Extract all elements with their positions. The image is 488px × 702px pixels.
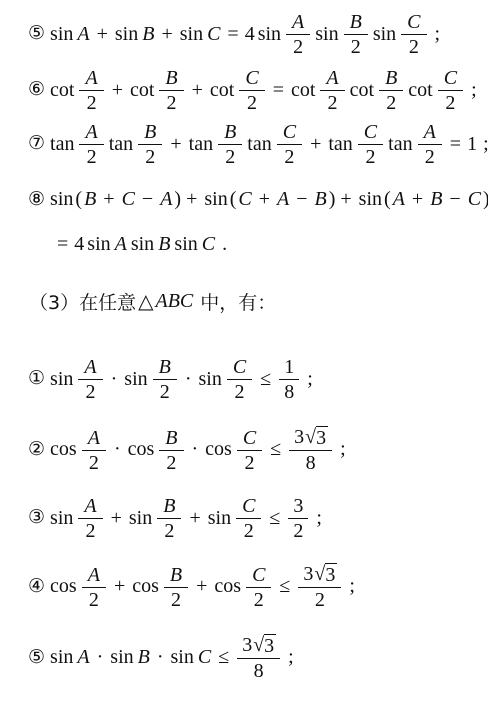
function-name: cos xyxy=(205,438,232,461)
variable: B xyxy=(170,564,182,586)
variable: C xyxy=(364,121,377,143)
number: 2 xyxy=(86,381,96,403)
number: 8 xyxy=(306,452,316,474)
triangle-icon: △ xyxy=(138,289,153,314)
expression: （3）在任意△ABC中，有： xyxy=(28,288,277,315)
operator: = xyxy=(450,133,461,156)
fraction-numerator: B xyxy=(159,66,183,91)
fraction-denominator: 8 xyxy=(249,659,269,682)
fraction: A2 xyxy=(78,494,102,542)
operator: + xyxy=(310,133,321,156)
variable: C xyxy=(202,233,215,256)
variable: ABC xyxy=(155,290,193,313)
punctuation: . xyxy=(222,233,227,256)
fraction-denominator: 2 xyxy=(161,451,181,474)
operator: · xyxy=(111,368,118,391)
fraction-numerator: 3√3 xyxy=(289,425,332,451)
expression: sinA+sinB+sinC=4sinA2sinB2sinC2; xyxy=(48,10,440,58)
circled-number-marker: ① xyxy=(28,367,45,389)
number: 2 xyxy=(164,520,174,542)
fraction-denominator: 2 xyxy=(239,519,259,542)
number: 2 xyxy=(293,520,303,542)
fraction-numerator: 3√3 xyxy=(237,633,280,659)
text: ( xyxy=(75,188,82,211)
function-name: cot xyxy=(50,79,74,102)
function-name: sin xyxy=(50,368,73,391)
number: 8 xyxy=(284,381,294,403)
function-name: cos xyxy=(50,575,77,598)
fraction: A2 xyxy=(79,66,103,114)
identity-7: ⑦tanA2tanB2+tanB2tanC2+tanC2tanA2=1; xyxy=(28,120,482,168)
operator: ≤ xyxy=(218,646,229,669)
fraction-denominator: 2 xyxy=(230,380,250,403)
fraction-numerator: C xyxy=(246,563,271,588)
fraction-numerator: B xyxy=(164,563,188,588)
fraction-numerator: B xyxy=(379,66,403,91)
fraction: A2 xyxy=(286,10,310,58)
fraction-denominator: 2 xyxy=(346,35,366,58)
function-name: cos xyxy=(132,575,159,598)
expression: sin(B+C−A)+sin(C+A−B)+sin(A+B−C) xyxy=(48,188,488,211)
fraction-denominator: 8 xyxy=(301,451,321,474)
variable: A xyxy=(77,23,89,46)
fraction-denominator: 2 xyxy=(155,380,175,403)
punctuation: ; xyxy=(483,133,488,156)
number: 2 xyxy=(445,92,455,114)
number: 2 xyxy=(145,146,155,168)
variable: C xyxy=(238,188,251,211)
variable: B xyxy=(142,23,154,46)
inequality-4: ④cosA2+cosB2+cosC2≤3√32; xyxy=(28,562,482,611)
text: ) xyxy=(174,188,181,211)
function-name: sin xyxy=(171,646,194,669)
square-root: √3 xyxy=(305,426,328,449)
fraction: A2 xyxy=(82,426,106,474)
fraction-numerator: A xyxy=(78,355,102,380)
number: 2 xyxy=(89,452,99,474)
operator: + xyxy=(259,188,270,211)
number: 2 xyxy=(89,589,99,611)
fraction: B2 xyxy=(157,494,181,542)
variable: C xyxy=(468,188,481,211)
variable: A xyxy=(277,188,289,211)
variable: A xyxy=(84,356,96,378)
expression: tanA2tanB2+tanB2tanC2+tanC2tanA2=1; xyxy=(48,120,488,168)
operator: + xyxy=(412,188,423,211)
fraction-numerator: A xyxy=(320,66,344,91)
fraction-denominator: 2 xyxy=(310,588,330,611)
expression: sinA2·sinB2·sinC2≤18; xyxy=(48,355,313,403)
variable: A xyxy=(85,121,97,143)
function-name: sin xyxy=(87,233,110,256)
variable: B xyxy=(159,356,171,378)
punctuation: ; xyxy=(288,646,294,669)
fraction: C2 xyxy=(237,426,262,474)
circled-number-marker: ② xyxy=(28,438,45,460)
variable: C xyxy=(233,356,246,378)
fraction: 3√32 xyxy=(298,562,341,611)
variable: B xyxy=(350,11,362,33)
function-name: sin xyxy=(131,233,154,256)
fraction-denominator: 2 xyxy=(323,91,343,114)
fraction: B2 xyxy=(164,563,188,611)
fraction-numerator: B xyxy=(153,355,177,380)
fraction-denominator: 2 xyxy=(440,91,460,114)
section-3-heading: （3）在任意△ABC中，有： xyxy=(28,288,482,315)
variable: C xyxy=(243,427,256,449)
circled-number-marker: ⑤ xyxy=(28,22,45,44)
number: 2 xyxy=(409,36,419,58)
variable: A xyxy=(424,121,436,143)
number: 2 xyxy=(284,146,294,168)
variable: B xyxy=(385,67,397,89)
fraction-denominator: 2 xyxy=(242,91,262,114)
radical-icon: √ xyxy=(305,426,316,448)
function-name: sin xyxy=(50,23,73,46)
number: 2 xyxy=(87,146,97,168)
fraction: B2 xyxy=(379,66,403,114)
fraction: C2 xyxy=(239,66,264,114)
operator: ≤ xyxy=(269,507,280,530)
function-name: sin xyxy=(359,188,382,211)
variable: A xyxy=(84,495,96,517)
fraction-denominator: 2 xyxy=(288,35,308,58)
text: ( xyxy=(384,188,391,211)
operator: ≤ xyxy=(270,438,281,461)
variable: B xyxy=(158,233,170,256)
square-root: √3 xyxy=(314,563,337,586)
variable: C xyxy=(283,121,296,143)
operator: ≤ xyxy=(279,575,290,598)
expression: sinA2+sinB2+sinC2≤32; xyxy=(48,494,322,542)
number: 2 xyxy=(254,589,264,611)
variable: B xyxy=(165,67,177,89)
function-name: cot xyxy=(291,79,315,102)
variable: B xyxy=(138,646,150,669)
fraction-numerator: 1 xyxy=(279,355,299,380)
number: 8 xyxy=(254,660,264,682)
function-name: sin xyxy=(373,23,396,46)
operator: = xyxy=(227,23,238,46)
function-name: sin xyxy=(129,507,152,530)
variable: A xyxy=(88,427,100,449)
fraction-denominator: 2 xyxy=(81,380,101,403)
fraction: 3√38 xyxy=(237,633,280,682)
fraction-denominator: 2 xyxy=(84,588,104,611)
text: ) xyxy=(483,188,488,211)
radicand: 3 xyxy=(325,563,337,586)
radical-icon: √ xyxy=(253,634,264,656)
function-name: tan xyxy=(388,133,412,156)
fraction: B2 xyxy=(159,66,183,114)
function-name: sin xyxy=(199,368,222,391)
punctuation: ; xyxy=(307,368,313,391)
number: 2 xyxy=(245,452,255,474)
number: 2 xyxy=(365,146,375,168)
variable: B xyxy=(165,427,177,449)
fraction-numerator: C xyxy=(358,120,383,145)
variable: A xyxy=(292,11,304,33)
function-name: tan xyxy=(189,133,213,156)
fraction-denominator: 2 xyxy=(159,519,179,542)
operator: ≤ xyxy=(260,368,271,391)
function-name: cos xyxy=(128,438,155,461)
operator: · xyxy=(114,438,121,461)
number: 2 xyxy=(315,589,325,611)
operator: · xyxy=(157,646,164,669)
function-name: sin xyxy=(204,188,227,211)
punctuation: ; xyxy=(349,575,355,598)
fraction-numerator: B xyxy=(157,494,181,519)
fraction: A2 xyxy=(79,120,103,168)
expression: cosA2·cosB2·cosC2≤3√38; xyxy=(48,425,346,474)
number: 2 xyxy=(351,36,361,58)
expression: =4sinAsinBsinC. xyxy=(52,233,227,256)
fraction: A2 xyxy=(418,120,442,168)
fraction-denominator: 8 xyxy=(279,380,299,403)
fraction-denominator: 2 xyxy=(279,145,299,168)
fraction: B2 xyxy=(218,120,242,168)
function-name: sin xyxy=(180,23,203,46)
fraction-denominator: 2 xyxy=(420,145,440,168)
cjk-text: 中，有： xyxy=(200,288,276,315)
circled-number-marker: ⑤ xyxy=(28,646,45,668)
fraction: C2 xyxy=(401,10,426,58)
function-name: sin xyxy=(50,646,73,669)
function-name: sin xyxy=(50,507,73,530)
fraction-numerator: B xyxy=(138,120,162,145)
identity-5: ⑤sinA+sinB+sinC=4sinA2sinB2sinC2; xyxy=(28,10,482,58)
number: 3 xyxy=(242,634,252,656)
punctuation: ; xyxy=(340,438,346,461)
variable: A xyxy=(393,188,405,211)
function-name: tan xyxy=(247,133,271,156)
circled-number-marker: ③ xyxy=(28,506,45,528)
function-name: sin xyxy=(315,23,338,46)
fraction-denominator: 2 xyxy=(288,519,308,542)
function-name: cos xyxy=(50,438,77,461)
fraction-numerator: C xyxy=(277,120,302,145)
number: 3 xyxy=(303,563,313,585)
operator: = xyxy=(273,79,284,102)
fraction: C2 xyxy=(277,120,302,168)
identity-8: ⑧sin(B+C−A)+sin(C+A−B)+sin(A+B−C) xyxy=(28,188,482,211)
operator: · xyxy=(192,438,199,461)
identity-8-continued: =4sinAsinBsinC. xyxy=(28,233,482,256)
circled-number-marker: ④ xyxy=(28,575,45,597)
variable: C xyxy=(444,67,457,89)
fraction-numerator: A xyxy=(79,120,103,145)
fraction-numerator: B xyxy=(218,120,242,145)
number: 2 xyxy=(167,92,177,114)
function-name: sin xyxy=(50,188,73,211)
variable: B xyxy=(224,121,236,143)
fraction-numerator: A xyxy=(82,426,106,451)
variable: C xyxy=(252,564,265,586)
variable: A xyxy=(88,564,100,586)
fraction-denominator: 2 xyxy=(220,145,240,168)
operator: + xyxy=(114,575,125,598)
punctuation: ; xyxy=(471,79,477,102)
fraction-denominator: 2 xyxy=(82,145,102,168)
fraction: C2 xyxy=(236,494,261,542)
fraction-numerator: A xyxy=(79,66,103,91)
function-name: tan xyxy=(328,133,352,156)
punctuation: ; xyxy=(316,507,322,530)
variable: B xyxy=(430,188,442,211)
variable: B xyxy=(84,188,96,211)
variable: A xyxy=(85,67,97,89)
text: ) xyxy=(329,188,336,211)
operator: = xyxy=(57,233,68,256)
fraction-numerator: C xyxy=(239,66,264,91)
circled-number-marker: ⑧ xyxy=(28,188,45,210)
number: 4 xyxy=(245,23,255,46)
fraction-denominator: 2 xyxy=(166,588,186,611)
number: 2 xyxy=(247,92,257,114)
circled-number-marker: ⑥ xyxy=(28,78,45,100)
inequality-1: ①sinA2·sinB2·sinC2≤18; xyxy=(28,355,482,403)
number: 2 xyxy=(425,146,435,168)
operator: · xyxy=(185,368,192,391)
fraction-denominator: 2 xyxy=(249,588,269,611)
number: 2 xyxy=(86,520,96,542)
number: 2 xyxy=(160,381,170,403)
operator: · xyxy=(97,646,104,669)
variable: A xyxy=(115,233,127,256)
punctuation: ; xyxy=(435,23,441,46)
fraction-numerator: A xyxy=(418,120,442,145)
function-name: cot xyxy=(408,79,432,102)
variable: C xyxy=(242,495,255,517)
operator: + xyxy=(186,188,197,211)
variable: A xyxy=(160,188,172,211)
number: 2 xyxy=(293,36,303,58)
function-name: sin xyxy=(208,507,231,530)
fraction-numerator: A xyxy=(78,494,102,519)
fraction: C2 xyxy=(358,120,383,168)
function-name: cot xyxy=(210,79,234,102)
fraction: A2 xyxy=(320,66,344,114)
inequality-2: ②cosA2·cosB2·cosC2≤3√38; xyxy=(28,425,482,474)
inequality-5: ⑤sinA·sinB·sinC≤3√38; xyxy=(28,633,482,682)
number: 1 xyxy=(284,356,294,378)
fraction-numerator: C xyxy=(227,355,252,380)
variable: C xyxy=(407,11,420,33)
number: 2 xyxy=(328,92,338,114)
expression: cotA2+cotB2+cotC2=cotA2cotB2cotC2; xyxy=(48,66,477,114)
number: 2 xyxy=(235,381,245,403)
number: 2 xyxy=(386,92,396,114)
expression: sinA·sinB·sinC≤3√38; xyxy=(48,633,294,682)
fraction-denominator: 2 xyxy=(84,451,104,474)
variable: C xyxy=(207,23,220,46)
fraction-denominator: 2 xyxy=(82,91,102,114)
radical-icon: √ xyxy=(314,563,325,585)
number: 3 xyxy=(294,426,304,448)
radicand: 3 xyxy=(264,634,276,657)
variable: B xyxy=(315,188,327,211)
fraction-denominator: 2 xyxy=(381,91,401,114)
variable: C xyxy=(122,188,135,211)
fraction-numerator: C xyxy=(236,494,261,519)
fraction-denominator: 2 xyxy=(240,451,260,474)
number: 1 xyxy=(467,133,477,156)
fraction-denominator: 2 xyxy=(140,145,160,168)
fraction: 3√38 xyxy=(289,425,332,474)
radicand: 3 xyxy=(316,426,328,449)
fraction: 32 xyxy=(288,494,308,542)
fraction: C2 xyxy=(246,563,271,611)
operator: − xyxy=(296,188,307,211)
identity-6: ⑥cotA2+cotB2+cotC2=cotA2cotB2cotC2; xyxy=(28,66,482,114)
fraction: C2 xyxy=(227,355,252,403)
fraction: B2 xyxy=(138,120,162,168)
function-name: sin xyxy=(115,23,138,46)
square-root: √3 xyxy=(253,634,276,657)
function-name: cot xyxy=(350,79,374,102)
fraction: A2 xyxy=(82,563,106,611)
number: 4 xyxy=(74,233,84,256)
operator: + xyxy=(103,188,114,211)
function-name: tan xyxy=(109,133,133,156)
number: 2 xyxy=(244,520,254,542)
function-name: tan xyxy=(50,133,74,156)
fraction-denominator: 2 xyxy=(360,145,380,168)
number: 2 xyxy=(171,589,181,611)
function-name: sin xyxy=(110,646,133,669)
operator: − xyxy=(449,188,460,211)
variable: B xyxy=(144,121,156,143)
document-page: ⑤sinA+sinB+sinC=4sinA2sinB2sinC2;⑥cotA2+… xyxy=(0,0,488,702)
operator: + xyxy=(340,188,351,211)
number: 2 xyxy=(87,92,97,114)
fraction-numerator: C xyxy=(438,66,463,91)
fraction-numerator: A xyxy=(286,10,310,35)
number: 3 xyxy=(293,495,303,517)
fraction-denominator: 2 xyxy=(81,519,101,542)
function-name: sin xyxy=(174,233,197,256)
variable: B xyxy=(163,495,175,517)
operator: + xyxy=(170,133,181,156)
fraction-numerator: C xyxy=(401,10,426,35)
fraction: A2 xyxy=(78,355,102,403)
variable: A xyxy=(326,67,338,89)
fraction-numerator: A xyxy=(82,563,106,588)
fraction: C2 xyxy=(438,66,463,114)
operator: + xyxy=(189,507,200,530)
text: ( xyxy=(230,188,237,211)
operator: + xyxy=(192,79,203,102)
fraction-numerator: C xyxy=(237,426,262,451)
operator: + xyxy=(112,79,123,102)
fraction: B2 xyxy=(153,355,177,403)
variable: C xyxy=(245,67,258,89)
fraction-numerator: B xyxy=(344,10,368,35)
number: 2 xyxy=(166,452,176,474)
function-name: cot xyxy=(130,79,154,102)
function-name: sin xyxy=(258,23,281,46)
number: 2 xyxy=(225,146,235,168)
operator: − xyxy=(142,188,153,211)
fraction-numerator: 3 xyxy=(288,494,308,519)
variable: A xyxy=(77,646,89,669)
fraction: 18 xyxy=(279,355,299,403)
fraction-denominator: 2 xyxy=(162,91,182,114)
fraction-numerator: 3√3 xyxy=(298,562,341,588)
operator: + xyxy=(97,23,108,46)
function-name: sin xyxy=(124,368,147,391)
